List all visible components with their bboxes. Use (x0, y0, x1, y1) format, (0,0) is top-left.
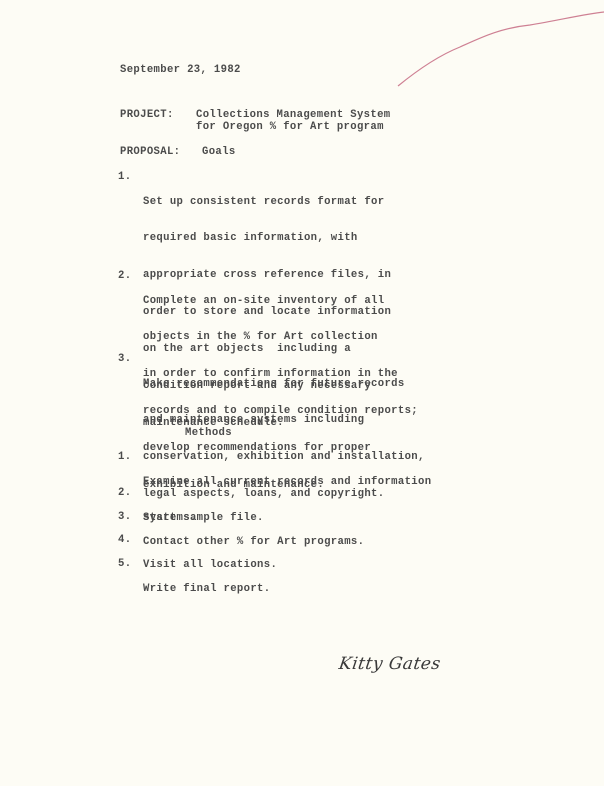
proposal-value: Goals (202, 146, 236, 158)
goal-line: Set up consistent records format for (143, 196, 391, 208)
method-line: Write final report. (143, 583, 270, 595)
goal-number: 2. (118, 270, 131, 282)
memo-date: September 23, 1982 (120, 64, 241, 76)
goal-line: Complete an on-site inventory of all (143, 295, 418, 307)
goal-line: and maintenance systems including (143, 414, 425, 426)
method-text: Write final report. (143, 558, 270, 619)
method-number: 5. (118, 558, 131, 570)
goal-line: Make recommendations for future records (143, 378, 425, 390)
project-label: PROJECT: (120, 109, 174, 121)
goal-line: required basic information, with (143, 232, 391, 244)
method-number: 3. (118, 511, 131, 523)
method-number: 4. (118, 534, 131, 546)
goal-item: 3. Make recommendations for future recor… (118, 353, 145, 402)
method-item: 5. Write final report. (118, 558, 145, 607)
goal-number: 1. (118, 171, 131, 183)
project-title-line: for Oregon % for Art program (196, 121, 384, 133)
goal-number: 3. (118, 353, 131, 365)
goal-line: objects in the % for Art collection (143, 331, 418, 343)
proposal-label: PROPOSAL: (120, 146, 180, 158)
method-number: 2. (118, 487, 131, 499)
methods-heading: Methods (185, 427, 232, 439)
goal-item: 1. Set up consistent records format for … (118, 171, 145, 220)
memo-page: September 23, 1982 PROJECT: Collections … (0, 0, 604, 786)
project-title-line: Collections Management System (196, 109, 391, 121)
method-number: 1. (118, 451, 131, 463)
handwritten-signature: Kitty Gates (338, 654, 442, 674)
goal-item: 2. Complete an on-site inventory of all … (118, 270, 145, 319)
